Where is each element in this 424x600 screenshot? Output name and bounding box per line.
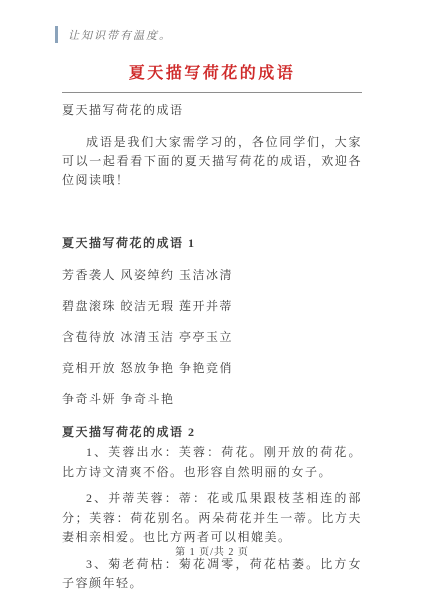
tagline-text: 让知识带有温度。 <box>68 27 172 43</box>
tagline: 让知识带有温度。 <box>55 26 362 43</box>
idiom-line: 竞相开放 怒放争艳 争艳竞俏 <box>62 361 362 375</box>
definition-paragraph: 3、菊老荷枯：菊花凋零，荷花枯萎。比方女子容颜年轻。 <box>62 555 362 594</box>
document-content: 让知识带有温度。 夏天描写荷花的成语 夏天描写荷花的成语 成语是我们大家需学习的… <box>0 0 424 594</box>
idiom-line: 争奇斗妍 争奇斗艳 <box>62 392 362 406</box>
title-divider <box>62 92 362 93</box>
tagline-accent-bar <box>55 26 58 43</box>
part2-heading: 夏天描写荷花的成语 2 <box>62 423 362 440</box>
definition-paragraph: 2、并蒂芙蓉：蒂：花或瓜果跟枝茎相连的部分；芙蓉：荷花别名。两朵荷花并生一蒂。比… <box>62 489 362 548</box>
intro-paragraph: 成语是我们大家需学习的，各位同学们，大家可以一起看看下面的夏天描写荷花的成语，欢… <box>62 133 362 190</box>
idiom-line: 碧盘滚珠 皎洁无瑕 莲开并蒂 <box>62 299 362 313</box>
page-title: 夏天描写荷花的成语 <box>62 60 362 83</box>
idiom-line: 含苞待放 冰清玉洁 亭亭玉立 <box>62 330 362 344</box>
page-number-footer: 第 1 页/共 2 页 <box>0 543 424 558</box>
idiom-line: 芳香袭人 风姿绰约 玉洁冰清 <box>62 268 362 282</box>
section-label: 夏天描写荷花的成语 <box>62 101 362 118</box>
part1-heading: 夏天描写荷花的成语 1 <box>62 234 362 251</box>
definition-paragraph: 1、芙蓉出水：芙蓉：荷花。刚开放的荷花。比方诗文清爽不俗。也形容自然明丽的女子。 <box>62 443 362 482</box>
document-page: 让知识带有温度。 夏天描写荷花的成语 夏天描写荷花的成语 成语是我们大家需学习的… <box>0 0 424 600</box>
